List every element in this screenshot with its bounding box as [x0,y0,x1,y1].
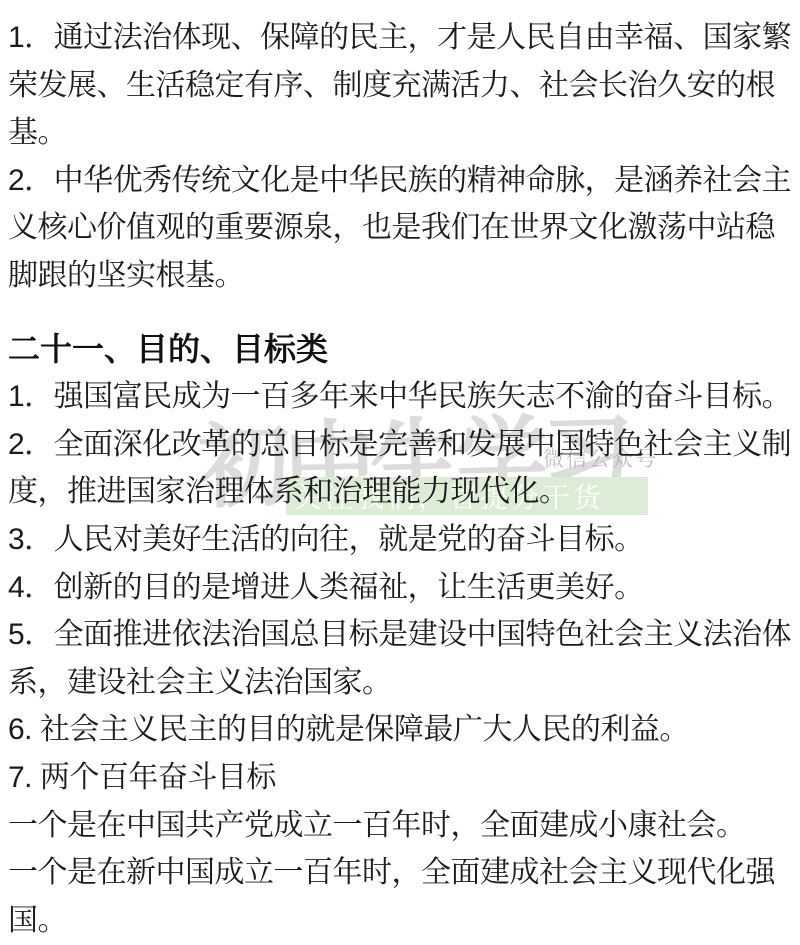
note-item-6: 6. 社会主义民主的目的就是保障最广大人民的利益。 [8,706,794,754]
note-item-5: 5．全面推进依法治国总目标是建设中国特色社会主义法治体 系，建设社会主义法治国家… [8,611,794,706]
section-heading: 二十一、目的、目标类 [8,326,794,374]
study-notes-page: 初中生学习 微信公众号 关注我们，智提分干货 1．通过法治体现、保障的民主，才是… [0,0,800,945]
intro-paragraph-2: 2．中华优秀传统文化是中华民族的精神命脉，是涵养社会主 义核心价值观的重要源泉，… [8,157,794,300]
notes-content: 1．通过法治体现、保障的民主，才是人民自由幸福、国家繁 荣发展、生活稳定有序、制… [0,0,800,945]
note-item-1: 1．强国富民成为一百多年来中华民族矢志不渝的奋斗目标。 [8,373,794,421]
note-item-7: 7. 两个百年奋斗目标 [8,754,794,802]
note-item-7-line-1: 一个是在中国共产党成立一百年时，全面建成小康社会。 [8,802,794,850]
intro-paragraph-1: 1．通过法治体现、保障的民主，才是人民自由幸福、国家繁 荣发展、生活稳定有序、制… [8,14,794,157]
note-item-3: 3．人民对美好生活的向往，就是党的奋斗目标。 [8,516,794,564]
note-item-4: 4．创新的目的是增进人类福祉，让生活更美好。 [8,564,794,612]
note-item-7-line-2: 一个是在新中国成立一百年时，全面建成社会主义现代化强 国。 [8,849,794,944]
note-item-2: 2．全面深化改革的总目标是完善和发展中国特色社会主义制 度，推进国家治理体系和治… [8,421,794,516]
